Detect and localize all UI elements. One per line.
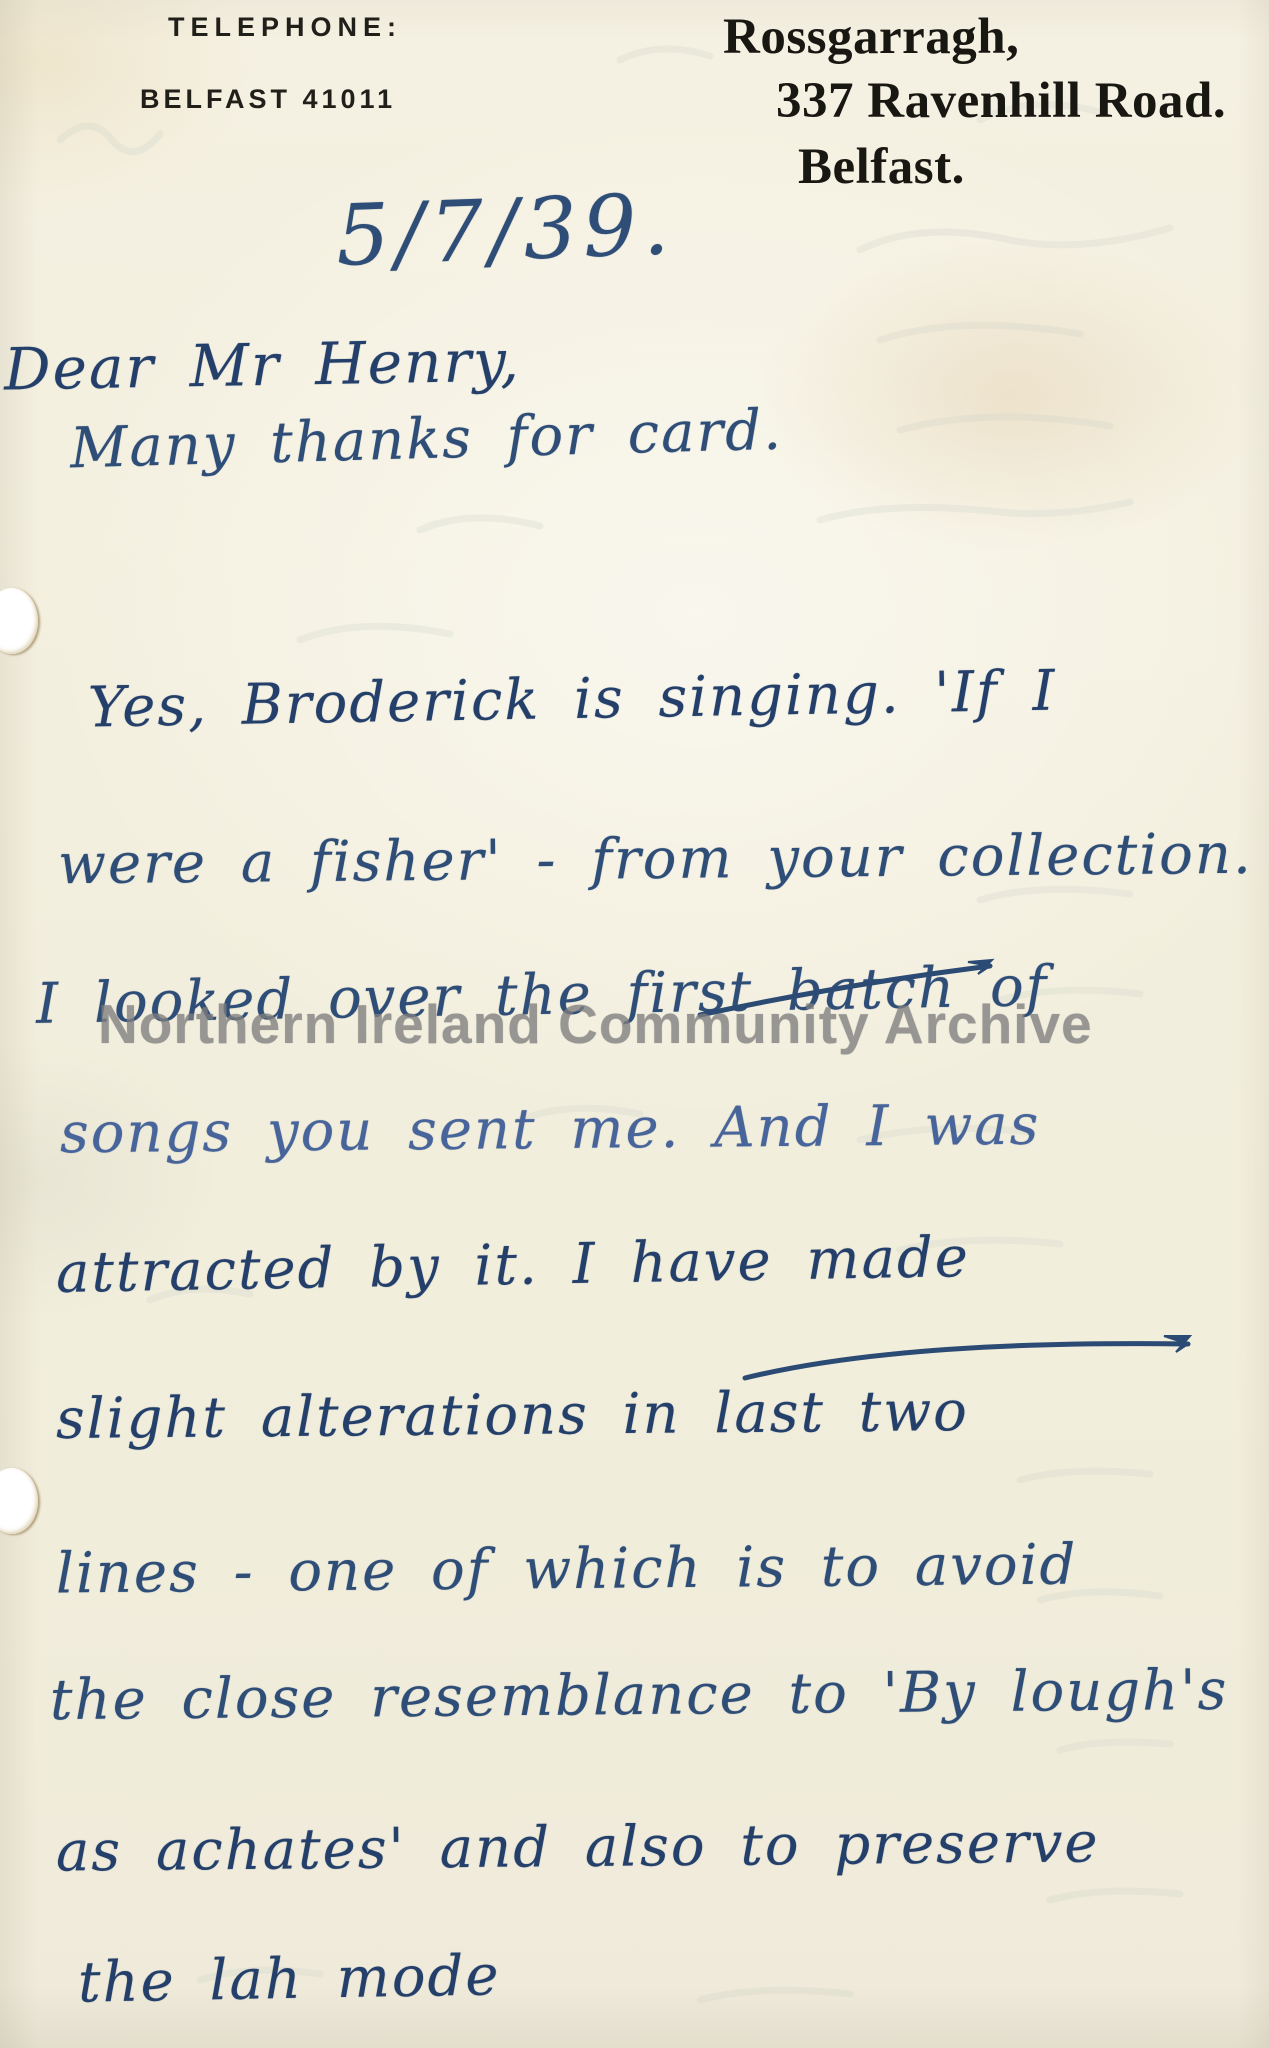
letterhead-telephone-label: TELEPHONE:	[168, 12, 402, 43]
body-line: attracted by it. I have made	[56, 1230, 971, 1302]
body-line: lines - one of which is to avoid	[56, 1538, 1078, 1603]
letter-page: TELEPHONE: BELFAST 41011 Rossgarragh, 33…	[0, 0, 1269, 2048]
ink-arrowhead-icon	[1164, 1336, 1190, 1352]
letterhead-address-line3: Belfast.	[798, 138, 965, 196]
body-line: the lah mode	[78, 1948, 501, 2011]
body-line: as achates' and also to preserve	[56, 1815, 1100, 1880]
body-line: were a fisher' - from your collection.	[58, 827, 1253, 893]
punch-hole	[0, 588, 38, 654]
letterhead-address-line2: 337 Ravenhill Road.	[776, 72, 1226, 130]
letterhead-telephone-number: BELFAST 41011	[140, 84, 396, 115]
ink-arrow-alterations	[745, 1344, 1188, 1378]
letterhead-address-line1: Rossgarragh,	[723, 8, 1019, 66]
body-line: Many thanks for card.	[69, 403, 783, 478]
body-line: the close resemblance to 'By lough's	[50, 1663, 1229, 1729]
punch-hole	[0, 1468, 38, 1534]
body-line: songs you sent me. And I was	[60, 1098, 1041, 1163]
handwritten-date: 5/7/39.	[335, 182, 677, 278]
body-line: Yes, Broderick is singing. 'If I	[88, 664, 1057, 737]
body-line: slight alterations in last two	[56, 1384, 969, 1448]
archive-watermark: Northern Ireland Community Archive	[98, 992, 1178, 1056]
salutation: Dear Mr Henry,	[4, 331, 522, 398]
